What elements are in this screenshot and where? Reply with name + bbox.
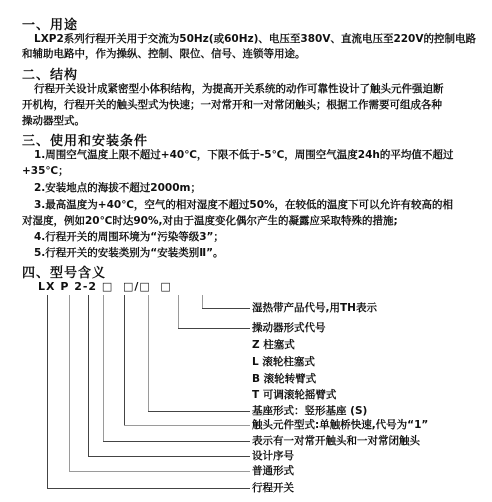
connector-line bbox=[69, 295, 70, 471]
connector-line bbox=[47, 295, 48, 488]
condition-line-2: +35℃； bbox=[22, 164, 492, 180]
condition-line-1: 1.周围空气温度上限不超过+40℃，下限不低于-5℃，周围空气温度24h的平均值… bbox=[22, 148, 492, 164]
section-heading-model-meaning: 四、型号含义 bbox=[22, 262, 106, 281]
condition-line-4: 3.最高温度为+40℃，空气的相对湿度不超过50%，在较低的温度下可以允许有较高… bbox=[22, 198, 492, 214]
connector-line bbox=[124, 425, 250, 426]
structure-line-2: 开机构，行程开关的触头型式为快速；一对常开和一对常闭触头；根据工作需要可组成各种 bbox=[22, 98, 492, 114]
structure-line-1: 行程开关设计成紧密型小体积结构，为提高开关系统的动作可靠性设计了触头元件强迫断 bbox=[22, 82, 492, 98]
label-normal-type: 普通形式 bbox=[252, 465, 294, 478]
condition-line-5: 对湿度，例如20℃时达90%,对由于温度变化偶尔产生的凝露应采取特殊的措施; bbox=[22, 214, 492, 230]
usage-line-1: LXP2系列行程开关用于交流为50Hz(或60Hz)、电压至380V、直流电压至… bbox=[22, 32, 492, 48]
connector-line bbox=[202, 295, 203, 308]
label-travel-switch: 行程开关 bbox=[252, 482, 294, 495]
condition-line-6: 4.行程开关的周围环境为“污染等级3”； bbox=[22, 230, 492, 246]
connector-line bbox=[47, 488, 250, 489]
connector-line bbox=[69, 471, 250, 472]
connector-line bbox=[88, 456, 250, 457]
label-operator-t: T 可调滚轮摇臂式 bbox=[252, 389, 336, 402]
label-contacts: 表示有一对常开触头和一对常闭触头 bbox=[252, 435, 420, 448]
label-operator-b: B 滚轮转臂式 bbox=[252, 373, 316, 386]
section-heading-usage: 一、用途 bbox=[22, 14, 78, 33]
label-contact-type: 触头元件型式:单触桥快速,代号为“1” bbox=[252, 419, 428, 432]
section-heading-conditions: 三、使用和安装条件 bbox=[22, 130, 148, 149]
connector-line bbox=[88, 295, 89, 456]
connector-line bbox=[103, 441, 250, 442]
usage-line-2: 和辅助电路中，作为操纵、控制、限位、信号、连锁等用途。 bbox=[22, 47, 492, 63]
model-code: LX P 2-2 □ □/□ □ bbox=[38, 280, 172, 293]
connector-line bbox=[202, 308, 250, 309]
connector-line bbox=[178, 328, 250, 329]
condition-line-3: 2.安装地点的海拔不超过2000m； bbox=[22, 181, 492, 197]
structure-line-3: 操动器型式。 bbox=[22, 114, 492, 130]
label-base-type: 基座形式：竖形基座 (S) bbox=[252, 405, 367, 418]
connector-line bbox=[148, 411, 250, 412]
label-operator-z: Z 柱塞式 bbox=[252, 339, 295, 352]
label-th-code: 湿热带产品代号,用TH表示 bbox=[252, 302, 377, 315]
label-operator-type: 操动器形式代号 bbox=[252, 322, 326, 335]
connector-line bbox=[103, 295, 104, 441]
label-operator-l: L 滚轮柱塞式 bbox=[252, 356, 315, 369]
label-design-number: 设计序号 bbox=[252, 450, 294, 463]
connector-line bbox=[178, 295, 179, 328]
connector-line bbox=[148, 295, 149, 411]
connector-line bbox=[124, 295, 125, 425]
condition-line-7: 5.行程开关的安装类别为“安装类别Ⅱ”。 bbox=[22, 246, 492, 262]
section-heading-structure: 二、结构 bbox=[22, 64, 78, 83]
